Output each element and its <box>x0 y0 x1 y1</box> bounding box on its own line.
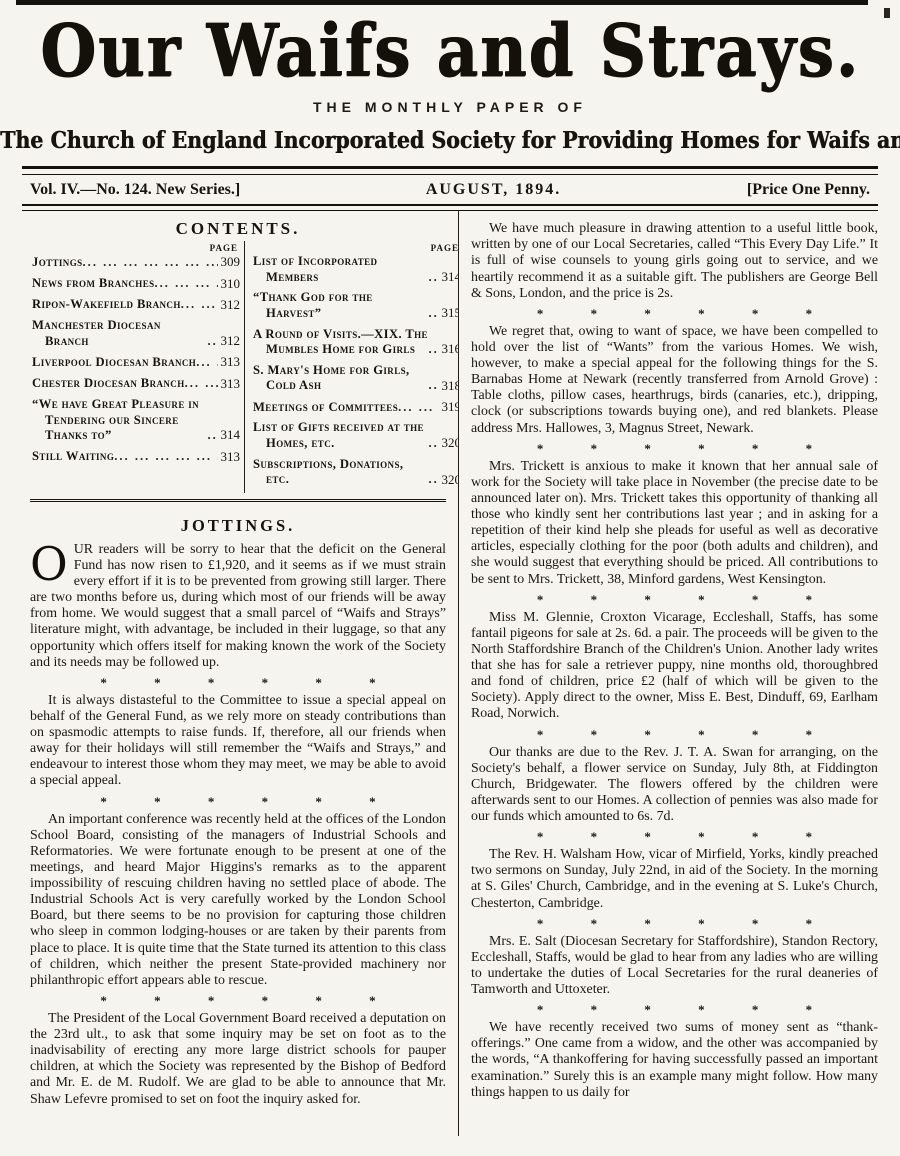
news-paragraph: We have much pleasure in drawing attenti… <box>471 221 878 302</box>
toc-dot-leader <box>208 428 218 443</box>
jottings-first-paragraph: OUR readers will be sorry to hear that t… <box>30 542 446 671</box>
toc-dot-leader <box>185 376 218 391</box>
news-paragraph: The Rev. H. Walsham How, vicar of Mirfie… <box>471 847 878 912</box>
toc-label: List of Incorporated Members <box>253 254 429 285</box>
paper-title: Our Waifs and Strays. <box>0 14 900 89</box>
toc-label: Still Waiting <box>32 449 114 464</box>
contents-column-left: PAGE Jottings 309 News from Branches 310 <box>30 241 244 493</box>
news-paragraph: Mrs. E. Salt (Diocesan Secretary for Sta… <box>471 934 878 999</box>
toc-entry: Still Waiting 313 <box>32 449 240 465</box>
toc-page-number: 310 <box>221 276 241 292</box>
asterisk-separator: * * * * * * <box>471 1002 878 1017</box>
contents-table: PAGE Jottings 309 News from Branches 310 <box>30 241 446 502</box>
toc-label: A Round of Visits.—XIX. The Mumbles Home… <box>253 327 429 358</box>
contents-title: CONTENTS. <box>30 219 446 239</box>
toc-entry: “Thank God for the Harvest” 315 <box>253 290 459 321</box>
toc-label: Liverpool Diocesan Branch <box>32 355 196 370</box>
toc-label: Subscriptions, Donations, etc. <box>253 457 429 488</box>
toc-dot-leader <box>155 276 218 291</box>
right-column: We have much pleasure in drawing attenti… <box>459 211 878 1136</box>
society-name: The Church of England Incorporated Socie… <box>0 126 900 154</box>
price: [Price One Penny. <box>747 181 870 199</box>
asterisk-separator: * * * * * * <box>30 993 446 1008</box>
volume-number: Vol. IV.—No. 124. New Series.] <box>30 181 240 199</box>
left-column: CONTENTS. PAGE Jottings 309 News from Br… <box>30 211 459 1136</box>
toc-page-number: 319 <box>442 399 460 415</box>
drop-cap: O <box>30 542 74 583</box>
toc-entry: Subscriptions, Donations, etc. 320 <box>253 457 459 488</box>
jottings-paragraph: The President of the Local Government Bo… <box>30 1011 446 1108</box>
toc-dot-leader <box>429 342 439 357</box>
asterisk-separator: * * * * * * <box>471 727 878 742</box>
toc-dot-leader <box>196 355 217 370</box>
toc-dot-leader <box>208 334 218 349</box>
newspaper-page: Our Waifs and Strays. THE MONTHLY PAPER … <box>0 0 900 1156</box>
toc-page-number: 313 <box>221 354 241 370</box>
issue-date: AUGUST, 1894. <box>426 181 562 199</box>
toc-page-number: 314 <box>221 427 241 443</box>
paragraph-text: UR readers will be sorry to hear that th… <box>30 542 446 670</box>
asterisk-separator: * * * * * * <box>471 306 878 321</box>
toc-label: Jottings <box>32 255 83 270</box>
page-column-label: PAGE <box>253 243 459 253</box>
toc-label: “We have Great Pleasure in Tendering our… <box>32 397 208 443</box>
toc-label: List of Gifts received at the Homes, etc… <box>253 420 429 451</box>
asterisk-separator: * * * * * * <box>471 916 878 931</box>
toc-page-number: 312 <box>221 333 241 349</box>
two-column-body: CONTENTS. PAGE Jottings 309 News from Br… <box>30 211 878 1136</box>
asterisk-separator: * * * * * * <box>471 829 878 844</box>
issue-line: Vol. IV.—No. 124. New Series.] AUGUST, 1… <box>30 181 870 199</box>
toc-label: Manchester Diocesan Branch <box>32 318 208 349</box>
toc-entry: Meetings of Committees 319 <box>253 399 459 415</box>
toc-label: Chester Diocesan Branch <box>32 376 185 391</box>
news-paragraph: We have recently received two sums of mo… <box>471 1020 878 1101</box>
toc-page-number: 309 <box>221 254 241 270</box>
toc-page-number: 314 <box>442 269 460 285</box>
toc-dot-leader <box>429 472 439 487</box>
news-paragraph: We regret that, owing to want of space, … <box>471 324 878 437</box>
toc-dot-leader <box>83 255 218 270</box>
news-paragraph: Mrs. Trickett is anxious to make it know… <box>471 459 878 588</box>
toc-page-number: 313 <box>221 449 241 465</box>
toc-entry: “We have Great Pleasure in Tendering our… <box>32 397 240 443</box>
jottings-paragraph: It is always distasteful to the Committe… <box>30 693 446 790</box>
toc-page-number: 313 <box>221 376 241 392</box>
toc-entry: List of Gifts received at the Homes, etc… <box>253 420 459 451</box>
toc-page-number: 315 <box>442 305 460 321</box>
toc-page-number: 312 <box>221 297 241 313</box>
toc-dot-leader <box>429 378 439 393</box>
scan-artifact-top-bar <box>16 0 868 5</box>
toc-dot-leader <box>398 400 438 415</box>
contents-column-right: PAGE List of Incorporated Members 314 “T… <box>244 241 459 493</box>
toc-page-number: 320 <box>442 435 460 451</box>
toc-entry: Ripon-Wakefield Branch 312 <box>32 297 240 313</box>
asterisk-separator: * * * * * * <box>471 592 878 607</box>
double-rule-bottom <box>22 204 878 211</box>
toc-page-number: 320 <box>442 472 460 488</box>
toc-entry: A Round of Visits.—XIX. The Mumbles Home… <box>253 327 459 358</box>
asterisk-separator: * * * * * * <box>471 441 878 456</box>
toc-dot-leader <box>429 270 439 285</box>
toc-entry: Jottings 309 <box>32 254 240 270</box>
news-paragraph: Miss M. Glennie, Croxton Vicarage, Eccle… <box>471 610 878 723</box>
toc-label: S. Mary's Home for Girls, Cold Ash <box>253 363 429 394</box>
paper-tagline: THE MONTHLY PAPER OF <box>0 99 900 115</box>
toc-label: News from Branches <box>32 276 155 291</box>
toc-dot-leader <box>181 297 218 312</box>
toc-entry: S. Mary's Home for Girls, Cold Ash 318 <box>253 363 459 394</box>
toc-page-number: 318 <box>442 378 460 394</box>
toc-dot-leader <box>429 306 439 321</box>
double-rule-top <box>22 166 878 175</box>
jottings-paragraph: An important conference was recently hel… <box>30 812 446 989</box>
toc-dot-leader <box>429 436 439 451</box>
toc-dot-leader <box>114 449 217 464</box>
toc-label: Ripon-Wakefield Branch <box>32 297 181 312</box>
toc-label: Meetings of Committees <box>253 400 398 415</box>
toc-entry: List of Incorporated Members 314 <box>253 254 459 285</box>
toc-label: “Thank God for the Harvest” <box>253 290 429 321</box>
toc-entry: Liverpool Diocesan Branch 313 <box>32 354 240 370</box>
toc-entry: Manchester Diocesan Branch 312 <box>32 318 240 349</box>
asterisk-separator: * * * * * * <box>30 794 446 809</box>
toc-entry: News from Branches 310 <box>32 276 240 292</box>
news-paragraph: Our thanks are due to the Rev. J. T. A. … <box>471 745 878 826</box>
toc-page-number: 316 <box>442 341 460 357</box>
page-column-label: PAGE <box>32 243 238 253</box>
masthead: Our Waifs and Strays. THE MONTHLY PAPER … <box>0 0 900 150</box>
jottings-heading: JOTTINGS. <box>30 516 446 536</box>
toc-entry: Chester Diocesan Branch 313 <box>32 376 240 392</box>
asterisk-separator: * * * * * * <box>30 675 446 690</box>
